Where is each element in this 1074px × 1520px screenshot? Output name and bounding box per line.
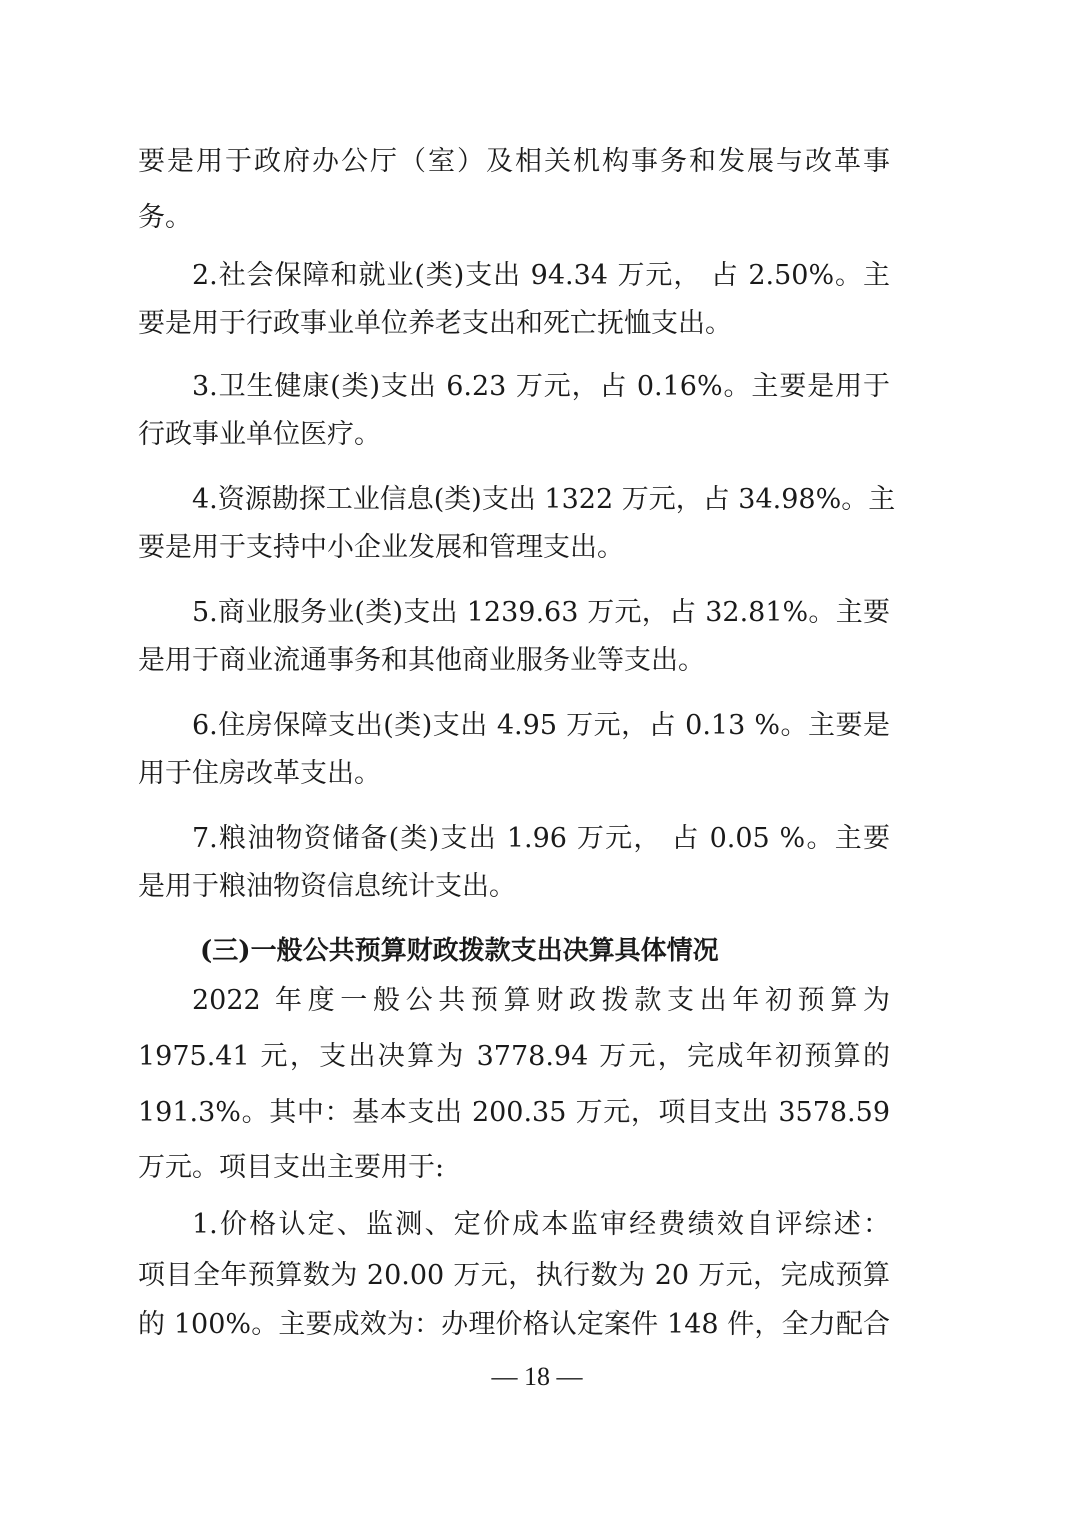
project-item-line: 1.价格认定、监测、定价成本监审经费绩效自评综述： (192, 1208, 890, 1242)
paragraph-line: 要是用于政府办公厅（室）及相关机构事务和发展与改革事 (138, 145, 890, 179)
list-item-6-line: 用于住房改革支出。 (138, 757, 890, 791)
summary-line: 2022 年度一般公共预算财政拨款支出年初预算为 (192, 984, 890, 1018)
list-item-2-line: 要是用于行政事业单位养老支出和死亡抚恤支出。 (138, 307, 890, 341)
paragraph-line: 务。 (138, 201, 890, 235)
list-item-4-line: 要是用于支持中小企业发展和管理支出。 (138, 531, 890, 565)
summary-line: 万元。项目支出主要用于: (138, 1151, 890, 1185)
list-item-7-line: 是用于粮油物资信息统计支出。 (138, 870, 890, 904)
list-item-2-line: 2.社会保障和就业(类)支出 94.34 万元， 占 2.50%。主 (192, 259, 890, 293)
list-item-4-line: 4.资源勘探工业信息(类)支出 1322 万元，占 34.98%。主 (192, 483, 890, 517)
section-heading: (三)一般公共预算财政拨款支出决算具体情况 (200, 934, 719, 968)
project-item-line: 项目全年预算数为 20.00 万元，执行数为 20 万元，完成预算 (138, 1259, 890, 1293)
page-number: — 18 — (0, 1360, 1074, 1394)
list-item-3-line: 行政事业单位医疗。 (138, 418, 890, 452)
document-page: 要是用于政府办公厅（室）及相关机构事务和发展与改革事 务。 2.社会保障和就业(… (0, 0, 1074, 1520)
list-item-5-line: 5.商业服务业(类)支出 1239.63 万元，占 32.81%。主要 (192, 596, 890, 630)
list-item-7-line: 7.粮油物资储备(类)支出 1.96 万元， 占 0.05 %。主要 (192, 822, 890, 856)
list-item-3-line: 3.卫生健康(类)支出 6.23 万元，占 0.16%。主要是用于 (192, 370, 890, 404)
list-item-5-line: 是用于商业流通事务和其他商业服务业等支出。 (138, 644, 890, 678)
summary-line: 191.3%。其中：基本支出 200.35 万元，项目支出 3578.59 (138, 1096, 890, 1130)
summary-line: 1975.41 元，支出决算为 3778.94 万元，完成年初预算的 (138, 1040, 890, 1074)
list-item-6-line: 6.住房保障支出(类)支出 4.95 万元，占 0.13 %。主要是 (192, 709, 890, 743)
project-item-line: 的 100%。主要成效为：办理价格认定案件 148 件，全力配合 (138, 1308, 890, 1342)
